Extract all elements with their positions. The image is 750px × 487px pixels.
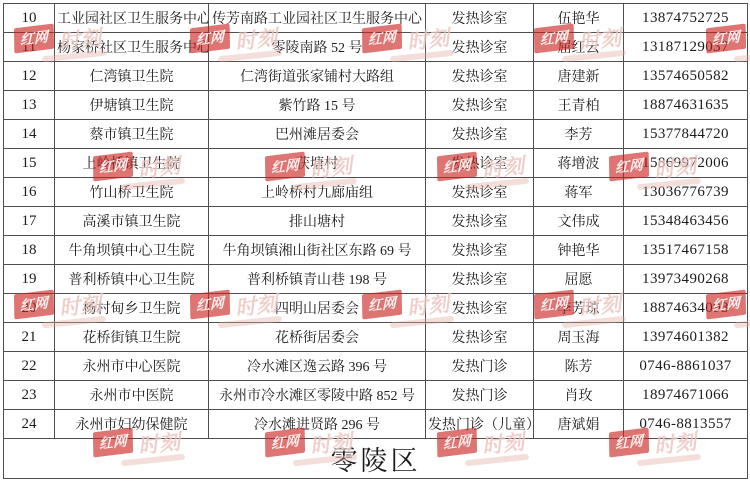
cell-name: 永州市妇幼保健院 bbox=[55, 410, 209, 439]
cell-contact: 伍艳华 bbox=[534, 4, 624, 33]
cell-contact: 陈芳 bbox=[534, 352, 624, 381]
cell-type: 发热诊室 bbox=[426, 265, 534, 294]
cell-address: 牛角坝镇湘山街社区东路 69 号 bbox=[209, 236, 426, 265]
cell-contact: 钟艳华 bbox=[534, 236, 624, 265]
cell-phone: 13517467158 bbox=[624, 236, 748, 265]
cell-address: 传芳南路工业园社区卫生服务中心 bbox=[209, 4, 426, 33]
cell-name: 上岭桥镇卫生院 bbox=[55, 149, 209, 178]
cell-address: 茯塘村 bbox=[209, 149, 426, 178]
cell-num: 18 bbox=[4, 236, 55, 265]
table-row: 17高溪市镇卫生院排山塘村发热诊室文伟成15348463456 bbox=[4, 207, 748, 236]
district-footer-row: 零陵区 bbox=[4, 439, 748, 479]
cell-address: 四明山居委会 bbox=[209, 294, 426, 323]
cell-num: 22 bbox=[4, 352, 55, 381]
cell-contact: 唐斌娟 bbox=[534, 410, 624, 439]
cell-contact: 肖玫 bbox=[534, 381, 624, 410]
cell-address: 冷水滩区逸云路 396 号 bbox=[209, 352, 426, 381]
cell-name: 伊塘镇卫生院 bbox=[55, 91, 209, 120]
table-row: 18牛角坝镇中心卫生院牛角坝镇湘山街社区东路 69 号发热诊室钟艳华135174… bbox=[4, 236, 748, 265]
table-row: 20杨村甸乡卫生院四明山居委会发热诊室李芳琼18874634093 bbox=[4, 294, 748, 323]
table-row: 10工业园社区卫生服务中心传芳南路工业园社区卫生服务中心发热诊室伍艳华13874… bbox=[4, 4, 748, 33]
table-row: 22永州市中心医院冷水滩区逸云路 396 号发热门诊陈芳0746-8861037 bbox=[4, 352, 748, 381]
cell-contact: 李芳 bbox=[534, 120, 624, 149]
table-row: 23永州市中医院永州市冷水滩区零陵中路 852 号发热门诊肖玫189746710… bbox=[4, 381, 748, 410]
cell-type: 发热诊室 bbox=[426, 91, 534, 120]
cell-type: 发热诊室 bbox=[426, 294, 534, 323]
cell-phone: 15348463456 bbox=[624, 207, 748, 236]
district-label: 零陵区 bbox=[4, 439, 748, 479]
cell-num: 23 bbox=[4, 381, 55, 410]
cell-phone: 13874752725 bbox=[624, 4, 748, 33]
cell-address: 永州市冷水滩区零陵中路 852 号 bbox=[209, 381, 426, 410]
cell-contact: 蒋军 bbox=[534, 178, 624, 207]
cell-num: 16 bbox=[4, 178, 55, 207]
cell-name: 永州市中医院 bbox=[55, 381, 209, 410]
cell-phone: 0746-8813557 bbox=[624, 410, 748, 439]
table-row: 14蔡市镇卫生院巴州滩居委会发热诊室李芳15377844720 bbox=[4, 120, 748, 149]
cell-name: 杨村甸乡卫生院 bbox=[55, 294, 209, 323]
table-row: 15上岭桥镇卫生院茯塘村发热诊室蒋增波15869972006 bbox=[4, 149, 748, 178]
table-row: 13伊塘镇卫生院紫竹路 15 号发热诊室王青柏18874631635 bbox=[4, 91, 748, 120]
cell-contact: 王青柏 bbox=[534, 91, 624, 120]
cell-phone: 18874634093 bbox=[624, 294, 748, 323]
cell-address: 花桥街居委会 bbox=[209, 323, 426, 352]
cell-contact: 周玉海 bbox=[534, 323, 624, 352]
cell-num: 19 bbox=[4, 265, 55, 294]
cell-name: 杨家桥社区卫生服务中心 bbox=[55, 33, 209, 62]
cell-type: 发热诊室 bbox=[426, 149, 534, 178]
cell-type: 发热诊室 bbox=[426, 62, 534, 91]
page: 10工业园社区卫生服务中心传芳南路工业园社区卫生服务中心发热诊室伍艳华13874… bbox=[0, 0, 750, 487]
fever-clinic-table: 10工业园社区卫生服务中心传芳南路工业园社区卫生服务中心发热诊室伍艳华13874… bbox=[3, 3, 748, 479]
cell-type: 发热门诊 bbox=[426, 352, 534, 381]
cell-num: 21 bbox=[4, 323, 55, 352]
cell-num: 13 bbox=[4, 91, 55, 120]
cell-contact: 屈愿 bbox=[534, 265, 624, 294]
cell-contact: 文伟成 bbox=[534, 207, 624, 236]
cell-num: 15 bbox=[4, 149, 55, 178]
cell-address: 排山塘村 bbox=[209, 207, 426, 236]
cell-type: 发热门诊 bbox=[426, 381, 534, 410]
cell-contact: 唐建新 bbox=[534, 62, 624, 91]
cell-name: 普利桥镇中心卫生院 bbox=[55, 265, 209, 294]
cell-address: 紫竹路 15 号 bbox=[209, 91, 426, 120]
cell-num: 24 bbox=[4, 410, 55, 439]
cell-num: 17 bbox=[4, 207, 55, 236]
table-row: 16竹山桥卫生院上岭桥村九廊庙组发热诊室蒋军13036776739 bbox=[4, 178, 748, 207]
table-row: 11杨家桥社区卫生服务中心零陵南路 52 号发热诊室屈红云13187129037 bbox=[4, 33, 748, 62]
cell-address: 上岭桥村九廊庙组 bbox=[209, 178, 426, 207]
cell-type: 发热诊室 bbox=[426, 4, 534, 33]
cell-type: 发热诊室 bbox=[426, 178, 534, 207]
table-row: 19普利桥镇中心卫生院普利桥镇青山巷 198 号发热诊室屈愿1397349026… bbox=[4, 265, 748, 294]
cell-name: 高溪市镇卫生院 bbox=[55, 207, 209, 236]
cell-phone: 18874631635 bbox=[624, 91, 748, 120]
cell-num: 11 bbox=[4, 33, 55, 62]
cell-name: 花桥街镇卫生院 bbox=[55, 323, 209, 352]
cell-phone: 15377844720 bbox=[624, 120, 748, 149]
cell-address: 仁湾街道张家铺村大路组 bbox=[209, 62, 426, 91]
table-row: 12仁湾镇卫生院仁湾街道张家铺村大路组发热诊室唐建新13574650582 bbox=[4, 62, 748, 91]
cell-contact: 李芳琼 bbox=[534, 294, 624, 323]
cell-type: 发热诊室 bbox=[426, 120, 534, 149]
cell-name: 牛角坝镇中心卫生院 bbox=[55, 236, 209, 265]
cell-type: 发热诊室 bbox=[426, 323, 534, 352]
cell-phone: 13036776739 bbox=[624, 178, 748, 207]
cell-contact: 蒋增波 bbox=[534, 149, 624, 178]
cell-address: 普利桥镇青山巷 198 号 bbox=[209, 265, 426, 294]
cell-address: 冷水滩进贤路 296 号 bbox=[209, 410, 426, 439]
cell-num: 14 bbox=[4, 120, 55, 149]
cell-phone: 13187129037 bbox=[624, 33, 748, 62]
cell-contact: 屈红云 bbox=[534, 33, 624, 62]
cell-name: 工业园社区卫生服务中心 bbox=[55, 4, 209, 33]
cell-type: 发热诊室 bbox=[426, 236, 534, 265]
cell-name: 蔡市镇卫生院 bbox=[55, 120, 209, 149]
table-row: 21花桥街镇卫生院花桥街居委会发热诊室周玉海13974601382 bbox=[4, 323, 748, 352]
cell-address: 巴州滩居委会 bbox=[209, 120, 426, 149]
cell-phone: 0746-8861037 bbox=[624, 352, 748, 381]
cell-type: 发热门诊（儿童） bbox=[426, 410, 534, 439]
cell-address: 零陵南路 52 号 bbox=[209, 33, 426, 62]
cell-num: 10 bbox=[4, 4, 55, 33]
cell-type: 发热诊室 bbox=[426, 33, 534, 62]
cell-phone: 13974601382 bbox=[624, 323, 748, 352]
cell-name: 竹山桥卫生院 bbox=[55, 178, 209, 207]
clinic-table-body: 10工业园社区卫生服务中心传芳南路工业园社区卫生服务中心发热诊室伍艳华13874… bbox=[4, 4, 748, 439]
cell-phone: 13973490268 bbox=[624, 265, 748, 294]
cell-name: 仁湾镇卫生院 bbox=[55, 62, 209, 91]
cell-phone: 18974671066 bbox=[624, 381, 748, 410]
cell-num: 20 bbox=[4, 294, 55, 323]
table-row: 24永州市妇幼保健院冷水滩进贤路 296 号发热门诊（儿童）唐斌娟0746-88… bbox=[4, 410, 748, 439]
cell-name: 永州市中心医院 bbox=[55, 352, 209, 381]
cell-type: 发热诊室 bbox=[426, 207, 534, 236]
cell-phone: 13574650582 bbox=[624, 62, 748, 91]
cell-phone: 15869972006 bbox=[624, 149, 748, 178]
cell-num: 12 bbox=[4, 62, 55, 91]
